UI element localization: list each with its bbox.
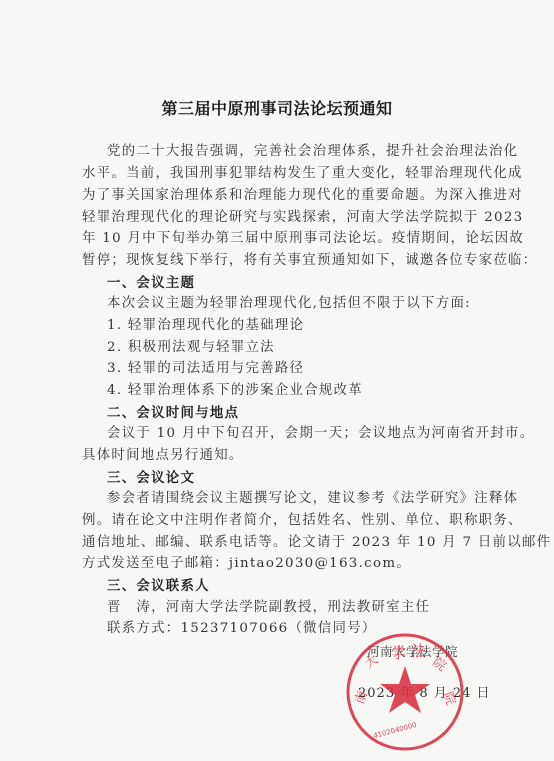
svg-text:学: 学 [391,644,406,662]
topic-item-1: 1. 轻罪治理现代化的基础理论 [107,318,304,334]
section-line: 本次会议主题为轻罪治理现代化,包括但不限于以下方面: [107,296,471,312]
contact-person: 晋 涛，河南大学法学院副教授，刑法教研室主任 [107,600,430,616]
section-line: 参会者请围绕会议主题撰写论文，建议参考《法学研究》注释体 [107,491,518,507]
document-page: 第三届中原刑事司法论坛预通知 党的二十大报告强调，完善社会治理体系，提升社会治理… [0,0,554,761]
topic-item-2: 2. 积极刑法观与轻罪立法 [107,340,275,356]
svg-text:4102040000: 4102040000 [373,721,418,740]
intro-line: 暂停；现恢复线下举行，将有关事宜预通知如下，诚邀各位专家莅临： [82,253,537,269]
intro-line: 年 10 月中下旬举办第三届中原刑事司法论坛。疫情期间，论坛因故 [82,231,524,247]
section-heading-time-place: 二、会议时间与地点 [107,405,239,421]
intro-line: 党的二十大报告强调，完善社会治理体系，提升社会治理法治化 [107,144,518,160]
intro-line: 水平。当前，我国刑事犯罪结构发生了重大变化，轻罪治理现代化成 [82,166,523,182]
topic-item-3: 3. 轻罪的司法适用与完善路径 [107,361,304,377]
section-heading-papers: 三、会议论文 [107,470,195,486]
section-heading-contact: 三、会议联系人 [107,578,210,594]
official-seal-icon: 学 法 大 院 南 院 4102040000 [343,630,467,754]
email-line: 方式发送至电子邮箱：jintao2030@163.com。 [82,556,411,572]
section-line: 具体时间地点另行通知。 [82,448,244,464]
section-line: 会议于 10 月中下旬召开，会期一天；会议地点为河南省开封市。 [107,426,534,442]
section-line: 通信地址、邮编、联系电话等。论文请于 2023 年 10 月 7 日前以邮件 [82,535,551,551]
document-title: 第三届中原刑事司法论坛预通知 [0,96,554,119]
intro-line: 轻罪治理现代化的理论研究与实践探索，河南大学法学院拟于 2023 [82,210,523,226]
topic-item-4: 4. 轻罪治理体系下的涉案企业合规改革 [107,383,363,399]
section-line: 例。请在论文中注明作者简介，包括姓名、性别、单位、职称职务、 [82,513,523,529]
svg-text:院: 院 [439,690,458,707]
svg-text:院: 院 [429,655,448,675]
section-heading-theme: 一、会议主题 [107,275,195,291]
contact-phone: 联系方式：15237107066（微信同号） [107,621,377,637]
svg-text:大: 大 [361,651,381,672]
svg-text:南: 南 [351,689,370,707]
svg-text:法: 法 [411,642,427,660]
intro-line: 为了事关国家治理体系和治理能力现代化的重要命题。为深入推进对 [82,188,523,204]
